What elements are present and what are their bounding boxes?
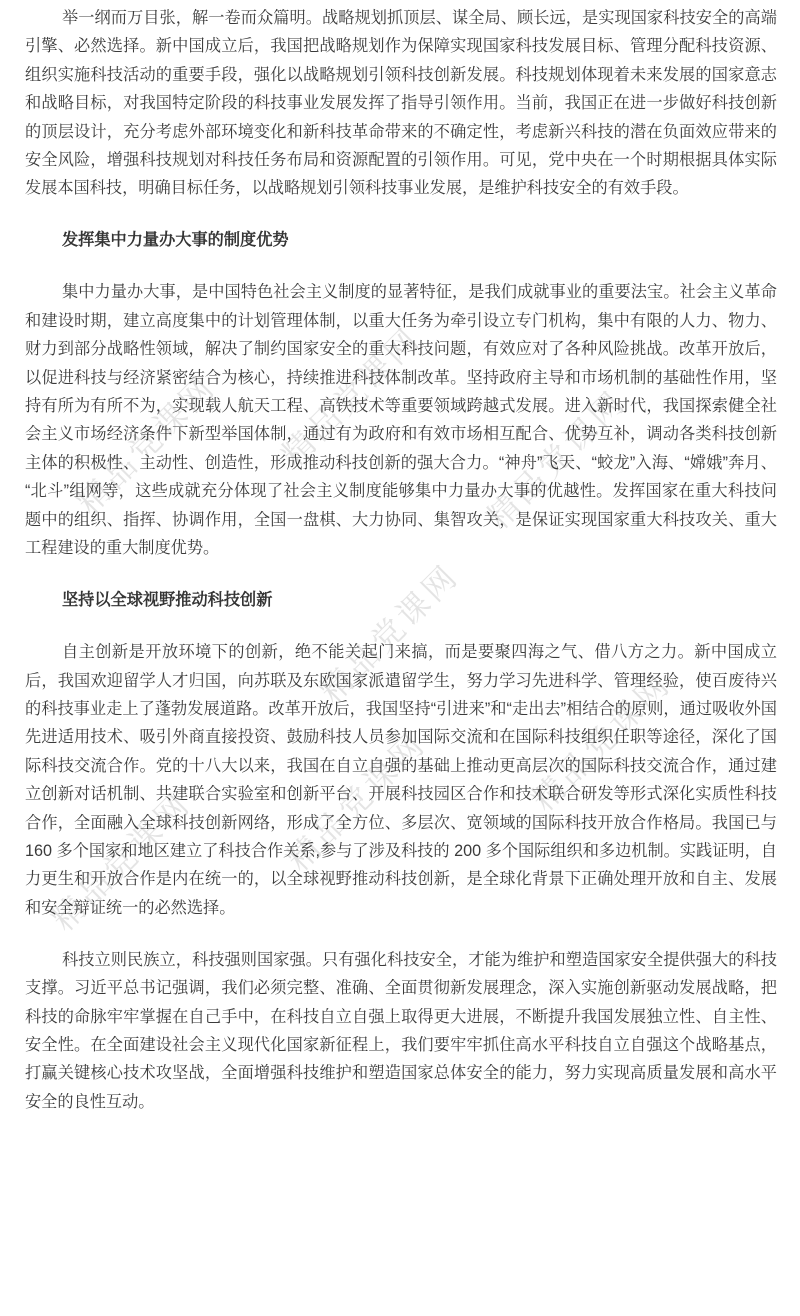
article-paragraph: 集中力量办大事，是中国特色社会主义制度的显著特征，是我们成就事业的重要法宝。社会… (25, 278, 777, 562)
article-page: 精品党课网 精品党课网 精品党课网 精品党课网 精品党课网 精品党课网 精品党课… (0, 0, 800, 1316)
article-paragraph: 自主创新是开放环境下的创新，绝不能关起门来搞，而是要聚四海之气、借八方之力。新中… (25, 638, 777, 922)
article-paragraph: 科技立则民族立，科技强则国家强。只有强化科技安全，才能为维护和塑造国家安全提供强… (25, 946, 777, 1116)
section-heading-global-vision: 坚持以全球视野推动科技创新 (25, 586, 777, 614)
section-heading-institutional-advantage: 发挥集中力量办大事的制度优势 (25, 226, 777, 254)
article-paragraph: 举一纲而万目张，解一卷而众篇明。战略规划抓顶层、谋全局、顾长远，是实现国家科技安… (25, 4, 777, 203)
article-body: 举一纲而万目张，解一卷而众篇明。战略规划抓顶层、谋全局、顾长远，是实现国家科技安… (0, 0, 800, 1116)
